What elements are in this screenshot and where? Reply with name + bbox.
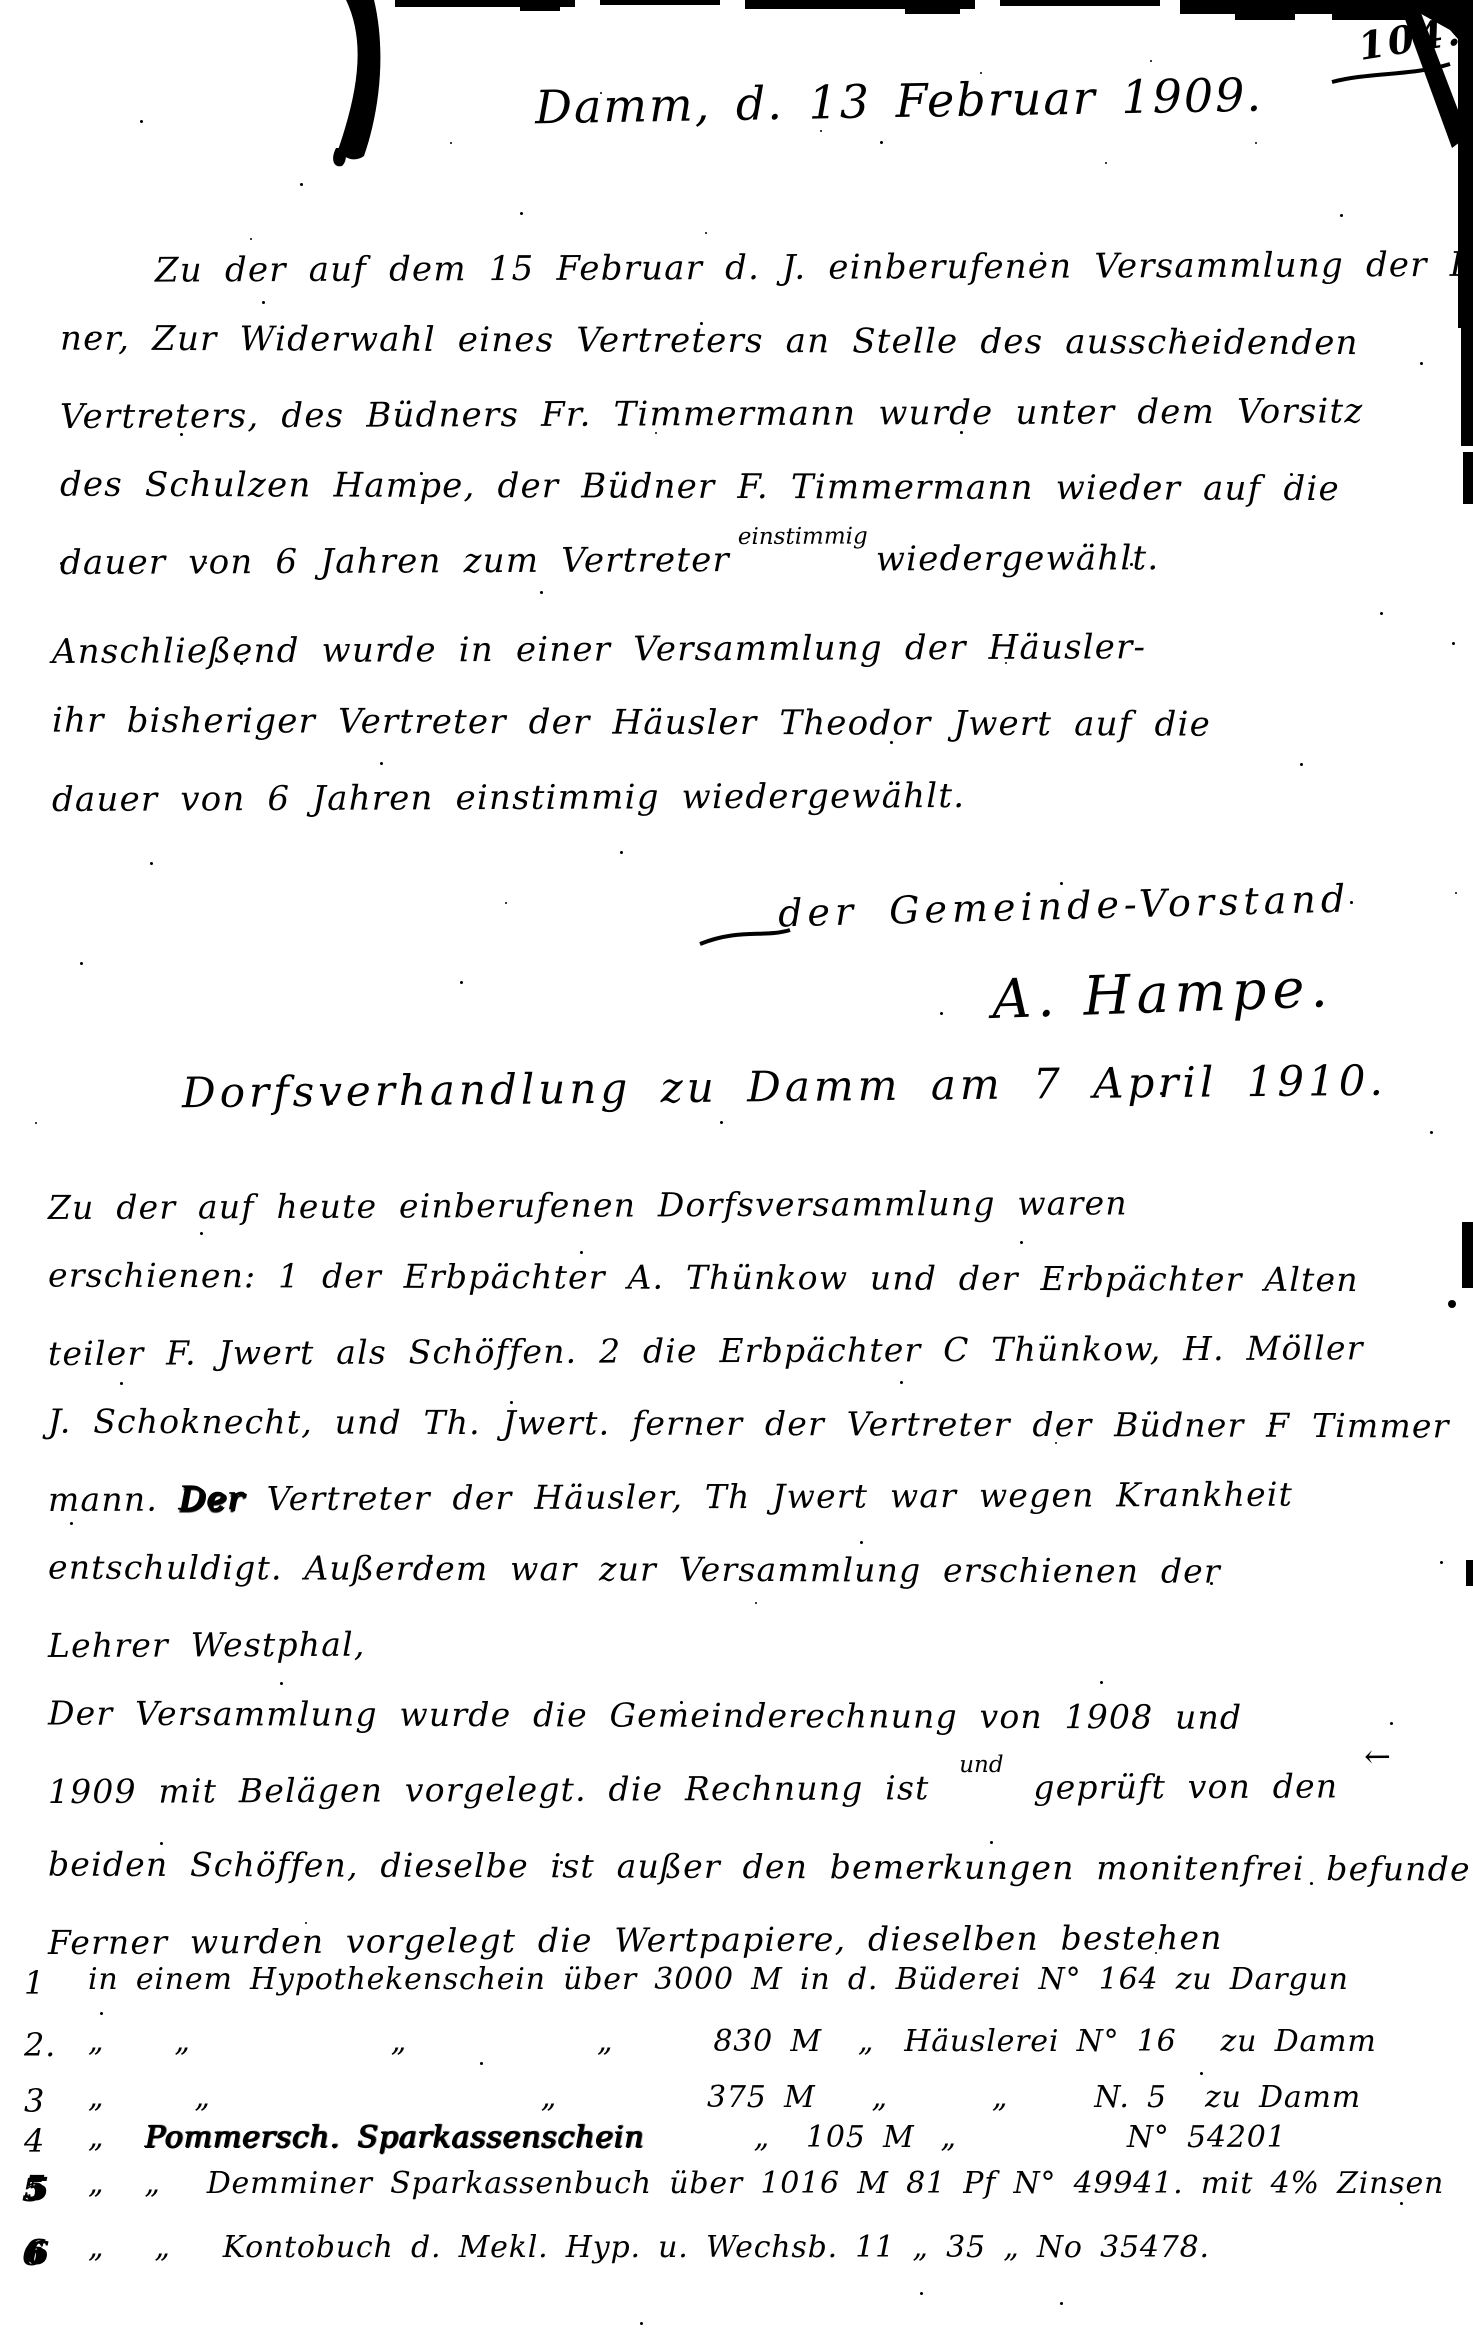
- text-fragment: 830 M: [713, 2024, 822, 2059]
- text-fragment: J. Schoknecht, und Th. Jwert. ferner der…: [48, 1402, 1450, 1446]
- text-line: Anschließend wurde in einer Versammlung …: [52, 609, 1413, 689]
- text-fragment: 5: [24, 2168, 47, 2206]
- text-fragment: teiler F. Jwert als Schöffen. 2 die Erbp…: [48, 1328, 1364, 1373]
- list-row: 5„„Demminer Sparkassenbuch über 1016 M 8…: [88, 2166, 1459, 2201]
- text-fragment: Lehrer Westphal,: [48, 1625, 366, 1665]
- text-fragment: N° 54201: [1127, 2120, 1287, 2155]
- text-fragment: „: [391, 2024, 407, 2059]
- text-fragment: „: [88, 2166, 104, 2201]
- list-row: 6„„Kontobuch d. Mekl. Hyp. u. Wechsb. 11…: [88, 2230, 1459, 2265]
- securities-list: 1in einem Hypothekenschein über 3000 M i…: [88, 1962, 1459, 2322]
- underline-flourish: [1332, 64, 1450, 82]
- text-fragment: 105 M: [806, 2120, 915, 2155]
- text-fragment: Häuslerei N° 16: [904, 2024, 1176, 2059]
- text-fragment: zu Damm: [1205, 2080, 1361, 2115]
- text-fragment: „: [541, 2080, 557, 2115]
- signature-name: A. Hampe.: [991, 956, 1335, 1031]
- list-row: 4„Pommersch. Sparkassenschein„105 M„N° 5…: [88, 2120, 1459, 2155]
- list-row: 1in einem Hypothekenschein über 3000 M i…: [88, 1962, 1459, 1997]
- text-fragment: mann.: [48, 1479, 180, 1519]
- text-fragment: 6: [24, 2232, 47, 2270]
- text-fragment: „: [858, 2024, 874, 2059]
- doc1-heading: Damm, d. 13 Februar 1909.: [535, 68, 1264, 135]
- text-line: J. Schoknecht, und Th. Jwert. ferner der…: [48, 1385, 1447, 1463]
- doc2-heading: Dorfsverhandlung zu Damm am 7 April 1910…: [182, 1056, 1387, 1118]
- right-edge-marks: [1448, 1222, 1473, 1586]
- text-fragment: „: [992, 2080, 1008, 2115]
- text-fragment: entschuldigt. Außerdem war zur Versammlu…: [48, 1548, 1221, 1591]
- text-fragment: beiden Schöffen, dieselbe ist außer den …: [48, 1845, 1473, 1889]
- text-fragment: ner, Zur Widerwahl eines Vertreters an S…: [60, 319, 1359, 364]
- text-fragment: zu Damm: [1221, 2024, 1377, 2059]
- text-fragment: ihr bisheriger Vertreter der Häusler The…: [52, 701, 1211, 745]
- text-fragment: „: [597, 2024, 613, 2059]
- text-fragment: Zu der auf heute einberufenen Dorfsversa…: [48, 1183, 1128, 1227]
- text-fragment: 1: [24, 1964, 45, 2002]
- list-row: 2.„„„„830 M„Häuslerei N° 16zu Damm: [88, 2024, 1459, 2059]
- text-fragment: geprüft von den: [1012, 1766, 1339, 1806]
- text-fragment: „: [194, 2080, 210, 2115]
- text-fragment: Der: [180, 1479, 246, 1518]
- text-line: ihr bisheriger Vertreter der Häusler The…: [52, 684, 1413, 763]
- text-line: erschienen: 1 der Erbpächter A. Thünkow …: [48, 1239, 1447, 1317]
- text-fragment: wiedergewählt.: [876, 538, 1160, 579]
- text-fragment: Vertreters, des Büdners Fr. Timmermann w…: [60, 391, 1364, 437]
- list-row: 3„„„375 M„„N. 5zu Damm: [88, 2080, 1459, 2115]
- text-fragment: „: [88, 2230, 104, 2265]
- text-fragment: 3: [24, 2082, 45, 2120]
- text-fragment: und: [959, 1752, 1003, 1778]
- text-fragment: Zu der auf dem 15 Februar d. J. einberuf…: [155, 245, 1473, 291]
- text-fragment: „: [872, 2080, 888, 2115]
- text-fragment: dauer von 6 Jahren einstimmig wiedergewä…: [52, 776, 965, 820]
- text-line: Zu der auf dem 15 Februar d. J. einberuf…: [60, 229, 1435, 308]
- text-fragment: Vertreter der Häusler, Th Jwert war wege…: [245, 1475, 1293, 1519]
- text-fragment: in einem Hypothekenschein über 3000 M in…: [88, 1962, 1349, 1997]
- text-fragment: einstimmig: [738, 523, 868, 550]
- text-fragment: 1909 mit Belägen vorgelegt. die Rechnung…: [48, 1768, 951, 1811]
- text-line: Lehrer Westphal,: [48, 1603, 1447, 1682]
- scanned-document-page: 104. Damm, d. 13 Februar 1909. Zu der au…: [0, 0, 1473, 2338]
- page-number: 104.: [1355, 8, 1465, 69]
- text-fragment: Ferner wurden vorgelegt die Wertpapiere,…: [48, 1918, 1223, 1962]
- top-edge-band: [395, 0, 1473, 20]
- doc1-paragraph-1: Zu der auf dem 15 Februar d. J. einberuf…: [60, 232, 1435, 601]
- text-fragment: „: [154, 2230, 170, 2265]
- text-fragment: Demminer Sparkassenbuch über 1016 M 81 P…: [207, 2166, 1444, 2201]
- text-line: dauer von 6 Jahren einstimmig wiedergewä…: [52, 757, 1413, 837]
- text-line: beiden Schöffen, dieselbe ist außer den …: [48, 1828, 1447, 1906]
- text-fragment: dauer von 6 Jahren zum Vertreter: [60, 540, 730, 583]
- text-fragment: 2.: [24, 2026, 56, 2064]
- signature-role: der Gemeinde-Vorstand: [778, 877, 1351, 936]
- text-fragment: Der Versammlung wurde die Gemeinderechnu…: [48, 1694, 1242, 1737]
- text-line: mann. Der Vertreter der Häusler, Th Jwer…: [48, 1457, 1447, 1536]
- text-fragment: N. 5: [1094, 2080, 1167, 2115]
- text-line: des Schulzen Hampe, der Büdner F. Timmer…: [60, 449, 1435, 527]
- text-fragment: des Schulzen Hampe, der Büdner F. Timmer…: [60, 465, 1340, 509]
- text-line: ner, Zur Widerwahl eines Vertreters an S…: [60, 303, 1435, 381]
- text-fragment: „: [941, 2120, 957, 2155]
- text-line: 1909 mit Belägen vorgelegt. die Rechnung…: [48, 1749, 1447, 1833]
- text-line: teiler F. Jwert als Schöffen. 2 die Erbp…: [48, 1311, 1447, 1390]
- text-line: Zu der auf heute einberufenen Dorfsversa…: [48, 1165, 1447, 1244]
- text-fragment: „: [88, 2120, 104, 2155]
- text-fragment: „: [144, 2166, 160, 2201]
- text-fragment: Pommersch. Sparkassenschein: [144, 2120, 643, 2155]
- text-line: Der Versammlung wurde die Gemeinderechnu…: [48, 1677, 1447, 1755]
- ink-blob: [333, 0, 380, 166]
- signature-flourish: [700, 930, 790, 944]
- text-fragment: 4: [24, 2122, 45, 2160]
- doc2-paragraph-1: Zu der auf heute einberufenen Dorfsversa…: [48, 1168, 1447, 1976]
- text-fragment: „: [88, 2024, 104, 2059]
- text-fragment: „: [174, 2024, 190, 2059]
- speckle-layer-2: [0, 0, 2, 2]
- text-fragment: Kontobuch d. Mekl. Hyp. u. Wechsb. 11 „ …: [223, 2230, 1210, 2265]
- text-line: dauer von 6 Jahren zum Vertretereinstimm…: [60, 521, 1435, 604]
- text-fragment: ←: [1364, 1737, 1392, 1775]
- text-line: Vertreters, des Büdners Fr. Timmermann w…: [60, 375, 1435, 454]
- text-fragment: Anschließend wurde in einer Versammlung …: [52, 627, 1146, 672]
- text-fragment: „: [754, 2120, 770, 2155]
- doc1-paragraph-2: Anschließend wurde in einer Versammlung …: [52, 612, 1413, 834]
- text-fragment: erschienen: 1 der Erbpächter A. Thünkow …: [48, 1256, 1359, 1300]
- text-fragment: 375 M: [707, 2080, 816, 2115]
- text-fragment: „: [88, 2080, 104, 2115]
- text-line: entschuldigt. Außerdem war zur Versammlu…: [48, 1531, 1447, 1609]
